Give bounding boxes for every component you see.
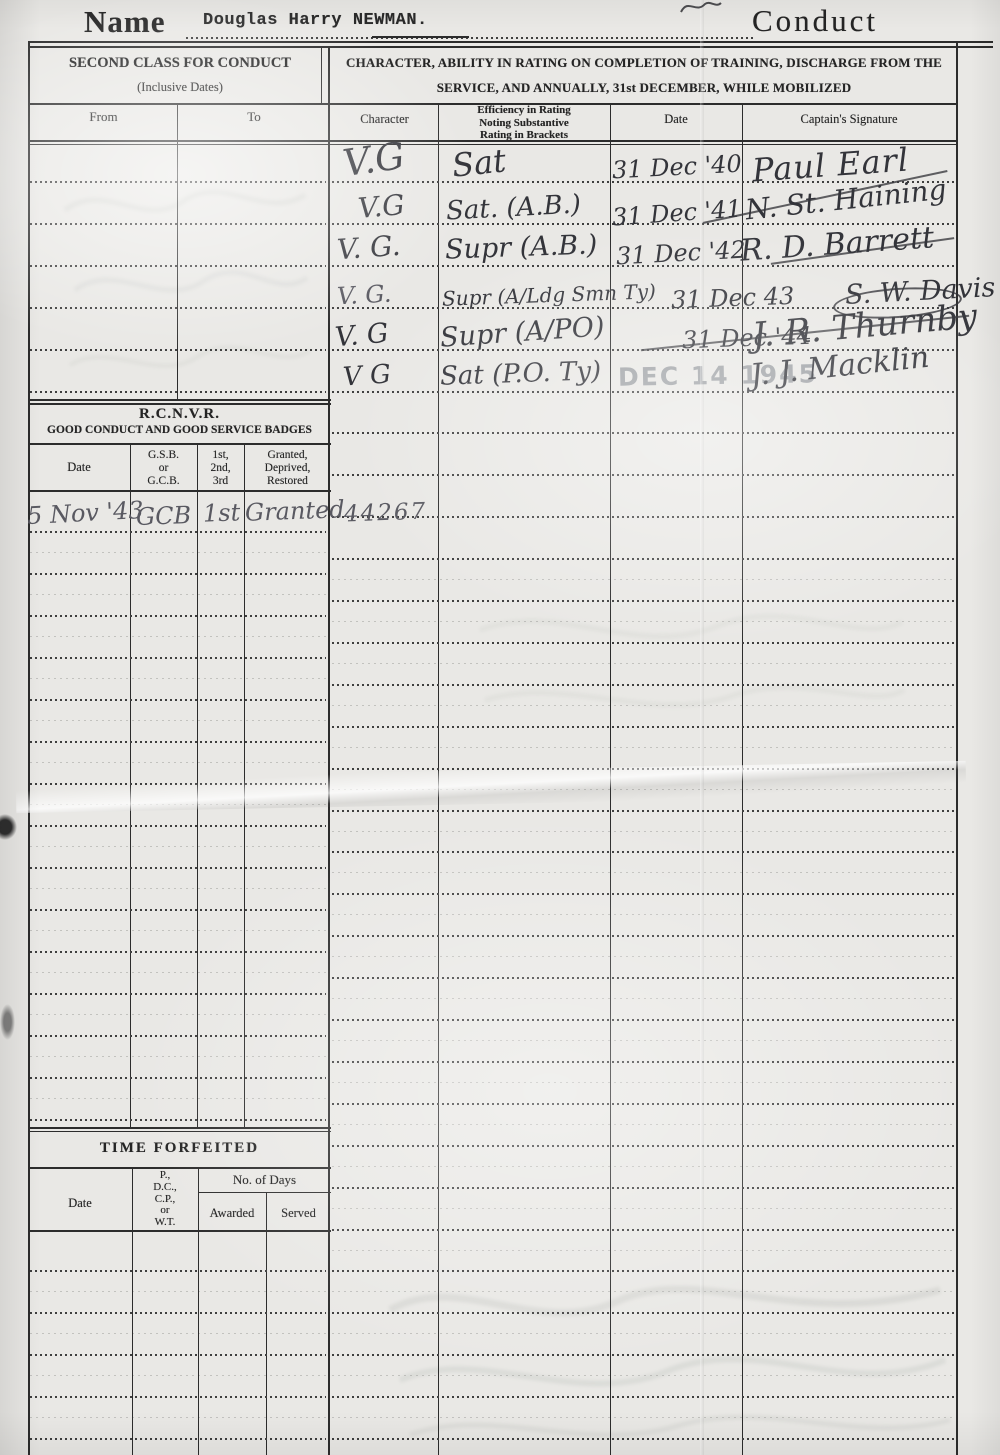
column-header-signature: Captain's Signature (742, 112, 956, 126)
dotted-entry-line (332, 684, 954, 686)
character-table-header-line2: SERVICE, AND ANNUALLY, 31st DECEMBER, WH… (334, 81, 954, 96)
badge-entry-class: 1st (203, 498, 241, 527)
dotted-entry-line (30, 1354, 326, 1356)
dotted-entry-line (30, 391, 326, 393)
dotted-entry-line (332, 1438, 954, 1440)
dotted-entry-line (30, 181, 326, 183)
faint-entry-line (332, 956, 954, 957)
dotted-entry-line (30, 1119, 326, 1121)
dotted-entry-line (332, 768, 954, 770)
faint-entry-line (332, 579, 954, 580)
faint-entry-line (30, 1333, 326, 1334)
dotted-entry-line (30, 993, 326, 995)
faint-entry-line (30, 1291, 326, 1292)
dotted-entry-line (30, 223, 326, 225)
horizontal-rule (28, 443, 331, 445)
character-entry: V.G (340, 134, 407, 185)
dotted-entry-line (332, 558, 954, 560)
dotted-entry-line (332, 1312, 954, 1314)
dotted-entry-line (30, 1077, 326, 1079)
date-entry: 31 Dec '40 (611, 150, 742, 185)
dotted-entry-line (30, 307, 326, 309)
second-class-title: SECOND CLASS FOR CONDUCT (30, 55, 330, 72)
horizontal-rule (198, 1192, 331, 1193)
vertical-rule (438, 103, 439, 1455)
horizontal-rule (28, 403, 331, 405)
faint-entry-line (332, 1291, 954, 1292)
dotted-entry-line (332, 935, 954, 937)
dotted-entry-line (332, 1187, 954, 1189)
faint-entry-line (332, 1250, 954, 1251)
vertical-rule (244, 443, 245, 1127)
badge-entry-type: GCB (136, 501, 192, 531)
status-line2: Deprived, (244, 462, 331, 475)
vertical-rule (328, 46, 330, 1455)
faint-entry-line (30, 678, 326, 679)
faint-entry-line (332, 1208, 954, 1209)
dotted-entry-line (332, 810, 954, 812)
vertical-rule (956, 41, 958, 1455)
character-table-header-line1: CHARACTER, ABILITY IN RATING ON COMPLETI… (334, 56, 954, 71)
column-header-from: From (30, 110, 177, 125)
dotted-entry-line (332, 1061, 954, 1063)
dotted-entry-line (30, 1270, 326, 1272)
dotted-entry-line (332, 600, 954, 602)
faint-entry-line (332, 1124, 954, 1125)
dotted-entry-line (332, 474, 954, 476)
faint-entry-line (332, 1417, 954, 1418)
dotted-entry-line (30, 825, 326, 827)
faint-entry-line (30, 594, 326, 595)
efficiency-entry: Sat. (A.B.) (445, 189, 581, 226)
dotted-entry-line (332, 726, 954, 728)
conduct-record-document: Name Douglas Harry NEWMAN. Conduct SECON… (0, 0, 1000, 1455)
dotted-entry-line (30, 531, 326, 533)
dotted-entry-line (30, 867, 326, 869)
dotted-entry-line (30, 783, 326, 785)
vertical-rule (610, 103, 611, 1455)
dotted-entry-line (332, 432, 954, 434)
faint-entry-line (30, 888, 326, 889)
horizontal-rule (28, 1167, 331, 1169)
class-line2: 2nd, (197, 462, 244, 475)
efficiency-entry: Supr (A/Ldg Smn Ty) (442, 279, 657, 310)
bleed-through-marks (55, 150, 315, 400)
character-entry: V.G (357, 188, 406, 225)
faint-entry-line (332, 998, 954, 999)
efficiency-entry: Supr (A.B.) (445, 229, 598, 265)
faint-entry-line (332, 663, 954, 664)
column-header-date: Date (610, 112, 742, 126)
badge-entry-date: 5 Nov '43 (26, 496, 144, 530)
faint-entry-line (332, 1166, 954, 1167)
faint-entry-line (332, 914, 954, 915)
column-header-character: Character (331, 112, 438, 126)
status-line1: Granted, (244, 449, 331, 462)
badges-column-status: Granted, Deprived, Restored (244, 449, 331, 487)
tf-type-line5: W.T. (132, 1217, 198, 1229)
horizontal-rule (28, 490, 331, 492)
character-entry: V. G. (336, 229, 402, 266)
date-entry: 31 Dec 43 (671, 282, 795, 314)
faint-entry-line (332, 1082, 954, 1083)
dotted-entry-line (332, 1019, 954, 1021)
faint-entry-line (332, 789, 954, 790)
dotted-entry-line (30, 951, 326, 953)
dotted-entry-line (332, 1270, 954, 1272)
faint-entry-line (30, 930, 326, 931)
status-line3: Restored (244, 475, 331, 488)
character-entry: V. G (334, 318, 390, 354)
character-entry: V G (342, 359, 392, 392)
dotted-entry-line (30, 741, 326, 743)
dotted-entry-line (30, 265, 326, 267)
typed-underline (372, 36, 469, 38)
efficiency-line1: Efficiency in Rating (438, 104, 610, 117)
gsb-line1: G.S.B. (130, 449, 197, 462)
horizontal-rule (28, 1230, 331, 1232)
dotted-entry-line (30, 349, 326, 351)
efficiency-entry: Supr (A/PO) (439, 311, 605, 353)
badges-subtitle: GOOD CONDUCT AND GOOD SERVICE BADGES (28, 424, 331, 437)
dotted-entry-line (30, 1312, 326, 1314)
faint-entry-line (332, 872, 954, 873)
vertical-rule (177, 103, 178, 400)
badges-column-class: 1st, 2nd, 3rd (197, 449, 244, 487)
character-entry: V. G. (336, 280, 392, 311)
badges-column-date: Date (28, 460, 130, 474)
date-entry: 31 Dec '41 (611, 195, 742, 232)
gsb-line2: or (130, 462, 197, 475)
dotted-entry-line (30, 573, 326, 575)
dotted-entry-line (30, 615, 326, 617)
tf-column-days: No. of Days (198, 1173, 331, 1188)
vertical-rule (266, 1192, 267, 1455)
dotted-entry-line (30, 657, 326, 659)
badge-entry-status: Granted (245, 495, 346, 526)
horizontal-rule (28, 1127, 331, 1129)
class-line1: 1st, (197, 449, 244, 462)
faint-entry-line (30, 846, 326, 847)
gsb-line3: G.C.B. (130, 475, 197, 488)
dotted-entry-line (332, 977, 954, 979)
faint-entry-line (30, 1375, 326, 1376)
conduct-label: Conduct (752, 3, 878, 39)
dotted-entry-line (30, 1396, 326, 1398)
column-header-efficiency: Efficiency in Rating Noting Substantive … (438, 104, 610, 142)
efficiency-line2: Noting Substantive (438, 117, 610, 130)
annotation-number: 44267 (344, 499, 428, 528)
dotted-entry-line (332, 1103, 954, 1105)
badges-title: R.C.N.V.R. (28, 406, 331, 423)
tf-column-served: Served (266, 1206, 331, 1220)
faint-entry-line (30, 762, 326, 763)
name-label: Name (84, 4, 165, 40)
column-header-to: To (177, 110, 331, 125)
vertical-rule (197, 443, 198, 1127)
dotted-entry-line (332, 1396, 954, 1398)
pen-mark (678, 0, 724, 16)
horizontal-rule (28, 41, 993, 43)
ink-blot (0, 814, 17, 840)
dotted-entry-line (332, 1229, 954, 1231)
tf-column-date: Date (28, 1196, 132, 1210)
tf-type-line2: D.C., (132, 1182, 198, 1194)
efficiency-entry: Sat (450, 141, 508, 184)
faint-entry-line (30, 1098, 326, 1099)
faint-entry-line (332, 831, 954, 832)
faint-entry-line (332, 705, 954, 706)
time-forfeited-title: TIME FORFEITED (28, 1140, 331, 1157)
captain-signature: R. D. Barrett (739, 220, 935, 268)
faint-entry-line (30, 636, 326, 637)
name-value: Douglas Harry NEWMAN. (203, 11, 428, 31)
faint-entry-line (332, 747, 954, 748)
faint-entry-line (332, 1333, 954, 1334)
faint-entry-line (30, 1417, 326, 1418)
class-line3: 3rd (197, 475, 244, 488)
badges-column-gsb: G.S.B. or G.C.B. (130, 449, 197, 487)
faint-entry-line (332, 1040, 954, 1041)
faint-entry-line (30, 1014, 326, 1015)
faint-entry-line (30, 552, 326, 553)
dotted-entry-line (332, 1145, 954, 1147)
faint-entry-line (332, 1375, 954, 1376)
faint-entry-line (30, 804, 326, 805)
dotted-entry-line (332, 893, 954, 895)
faint-entry-line (30, 1056, 326, 1057)
efficiency-line3: Rating in Brackets (438, 129, 610, 142)
horizontal-rule (28, 46, 993, 48)
vertical-rule (130, 443, 131, 1127)
horizontal-rule (28, 1131, 331, 1132)
dotted-entry-line (332, 642, 954, 644)
horizontal-rule (28, 399, 331, 401)
dotted-entry-line (30, 699, 326, 701)
faint-entry-line (332, 621, 954, 622)
ink-blot (0, 1004, 15, 1040)
faint-entry-line (30, 720, 326, 721)
dotted-entry-line (30, 1438, 326, 1440)
tf-column-awarded: Awarded (198, 1206, 266, 1220)
efficiency-entry: Sat (P.O. Ty) (440, 356, 602, 392)
name-underline (186, 37, 753, 39)
dotted-entry-line (332, 1354, 954, 1356)
vertical-rule (28, 41, 30, 1455)
second-class-subtitle: (Inclusive Dates) (30, 80, 330, 94)
dotted-entry-line (30, 909, 326, 911)
tf-column-type: P., D.C., C.P., or W.T. (132, 1170, 198, 1229)
dotted-entry-line (30, 1035, 326, 1037)
faint-entry-line (30, 972, 326, 973)
dotted-entry-line (332, 851, 954, 853)
